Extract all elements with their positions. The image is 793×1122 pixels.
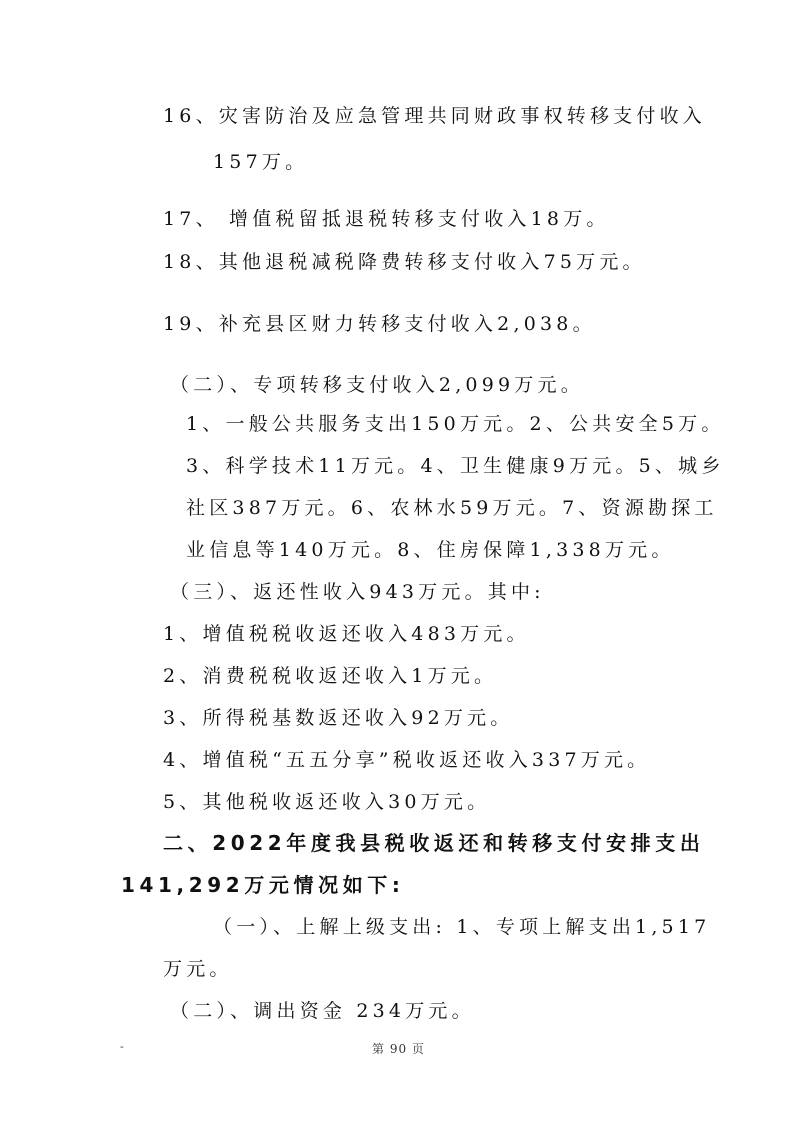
page-number: 第 90 页 xyxy=(372,1040,425,1057)
return-item-4: 4、增值税“五五分享”税收返还收入337万元。 xyxy=(163,748,650,772)
item-18-other-tax-refund: 18、其他退税减税降费转移支付收入75万元。 xyxy=(163,250,646,274)
special-transfer-line-2: 3、科学技术11万元。4、卫生健康9万元。5、城乡 xyxy=(186,454,725,478)
return-item-3: 3、所得税基数返还收入92万元。 xyxy=(163,706,513,730)
special-transfer-line-1: 1、一般公共服务支出150万元。2、公共安全5万。 xyxy=(186,412,725,436)
section-return-income: （三）、返还性收入943万元。其中: xyxy=(170,580,545,604)
section-heading-2022-expenditure-cont: 141,292万元情况如下: xyxy=(121,873,405,897)
return-item-2: 2、消费税税收返还收入1万元。 xyxy=(163,664,497,688)
item-17-vat-refund: 17、 增值税留抵退税转移支付收入18万。 xyxy=(163,207,610,231)
expenditure-item-2: （二）、调出资金 234万元。 xyxy=(170,999,475,1023)
special-transfer-line-4: 业信息等140万元。8、住房保障1,338万元。 xyxy=(186,538,675,562)
return-item-5: 5、其他税收返还收入30万元。 xyxy=(163,790,490,814)
return-item-1: 1、增值税税收返还收入483万元。 xyxy=(163,622,530,646)
item-16-amount: 157万。 xyxy=(213,150,308,174)
special-transfer-line-3: 社区387万元。6、农林水59万元。7、资源勘探工 xyxy=(186,496,718,520)
footer-dash: - xyxy=(120,1040,124,1053)
expenditure-item-1-cont: 万元。 xyxy=(163,957,233,981)
section-heading-2022-expenditure: 二、2022年度我县税收返还和转移支付安排支出 xyxy=(163,831,704,855)
item-16-disaster-prevention: 16、灾害防治及应急管理共同财政事权转移支付收入 xyxy=(163,104,706,128)
item-19-county-supplement: 19、补充县区财力转移支付收入2,038。 xyxy=(163,312,596,336)
expenditure-item-1: （一）、上解上级支出: 1、专项上解支出1,517 xyxy=(213,915,710,939)
section-special-transfer: （二）、专项转移支付收入2,099万元。 xyxy=(170,373,584,397)
